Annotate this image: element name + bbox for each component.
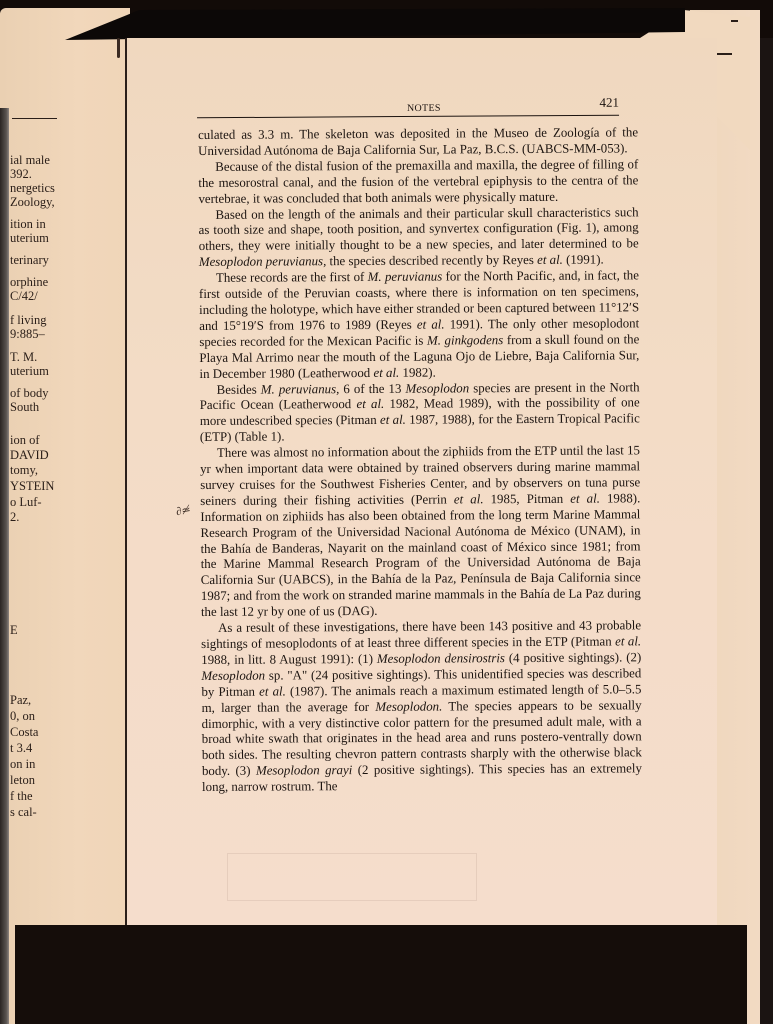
left-page-fragment: 9:885– xyxy=(10,327,45,342)
left-page-fragment: nergetics xyxy=(10,181,55,196)
left-page-fragment: orphine xyxy=(10,275,48,290)
left-page-fragment: t 3.4 xyxy=(10,741,32,756)
left-page-fragment: 392. xyxy=(10,167,32,182)
left-page-fragment: T. M. xyxy=(10,350,37,365)
left-page-fragment: uterium xyxy=(10,231,49,246)
left-page-fragment: of body xyxy=(10,386,49,401)
left-page-fragment: ition in xyxy=(10,217,46,232)
left-page-fragment: Paz, xyxy=(10,693,31,708)
left-page-fragment: 0, on xyxy=(10,709,35,724)
left-page-fragment: YSTEIN xyxy=(10,479,54,494)
left-page-fragment: on in xyxy=(10,757,35,772)
left-page-fragment: DAVID xyxy=(10,448,49,463)
paragraph: There was almost no information about th… xyxy=(200,443,641,621)
left-page-fragment: f living xyxy=(10,313,46,328)
left-page-fragment: ial male xyxy=(10,153,50,168)
page-header: NOTES 421 xyxy=(197,99,619,119)
left-page-fragment: E xyxy=(10,623,18,638)
left-page-fragment: f the xyxy=(10,789,33,804)
top-background-wedge xyxy=(65,0,685,40)
right-background-edge xyxy=(760,38,773,1024)
bottom-background xyxy=(15,925,747,1024)
page-number: 421 xyxy=(599,95,619,111)
left-page-fragment: s cal- xyxy=(10,805,37,820)
body-text: culated as 3.3 m. The skeleton was depos… xyxy=(198,125,642,796)
running-head: NOTES xyxy=(407,103,441,114)
left-page-fragment: 2. xyxy=(10,510,19,525)
binding-crease-top xyxy=(117,38,120,58)
left-page-spine-shadow xyxy=(0,108,9,1024)
left-page-fragment: ion of xyxy=(10,433,40,448)
left-page-fragment: tomy, xyxy=(10,463,38,478)
left-page-fragment: South xyxy=(10,400,39,415)
left-page-fragment: Zoology, xyxy=(10,195,55,210)
left-page-fragment: terinary xyxy=(10,253,49,268)
right-page-rule-small xyxy=(731,20,738,22)
paragraph: culated as 3.3 m. The skeleton was depos… xyxy=(198,125,638,159)
left-page-header-rule xyxy=(12,118,57,119)
left-page-fragment: o Luf- xyxy=(10,495,42,510)
bleed-through-table xyxy=(227,853,477,901)
left-page-fragment: Costa xyxy=(10,725,38,740)
main-page: NOTES 421 ∂≄ culated as 3.3 m. The skele… xyxy=(125,38,717,925)
paragraph: Because of the distal fusion of the prem… xyxy=(198,157,638,207)
handwritten-margin-annotation: ∂≄ xyxy=(175,503,192,518)
paragraph: Based on the length of the animals and t… xyxy=(198,205,638,271)
left-page-fragment: uterium xyxy=(10,364,49,379)
paragraph: Besides M. peruvianus, 6 of the 13 Mesop… xyxy=(200,380,640,446)
paragraph: These records are the first of M. peruvi… xyxy=(199,268,640,382)
left-page-fragment: leton xyxy=(10,773,35,788)
left-page-fragment: C/42/ xyxy=(10,289,38,304)
paragraph: As a result of these investigations, the… xyxy=(201,618,642,796)
